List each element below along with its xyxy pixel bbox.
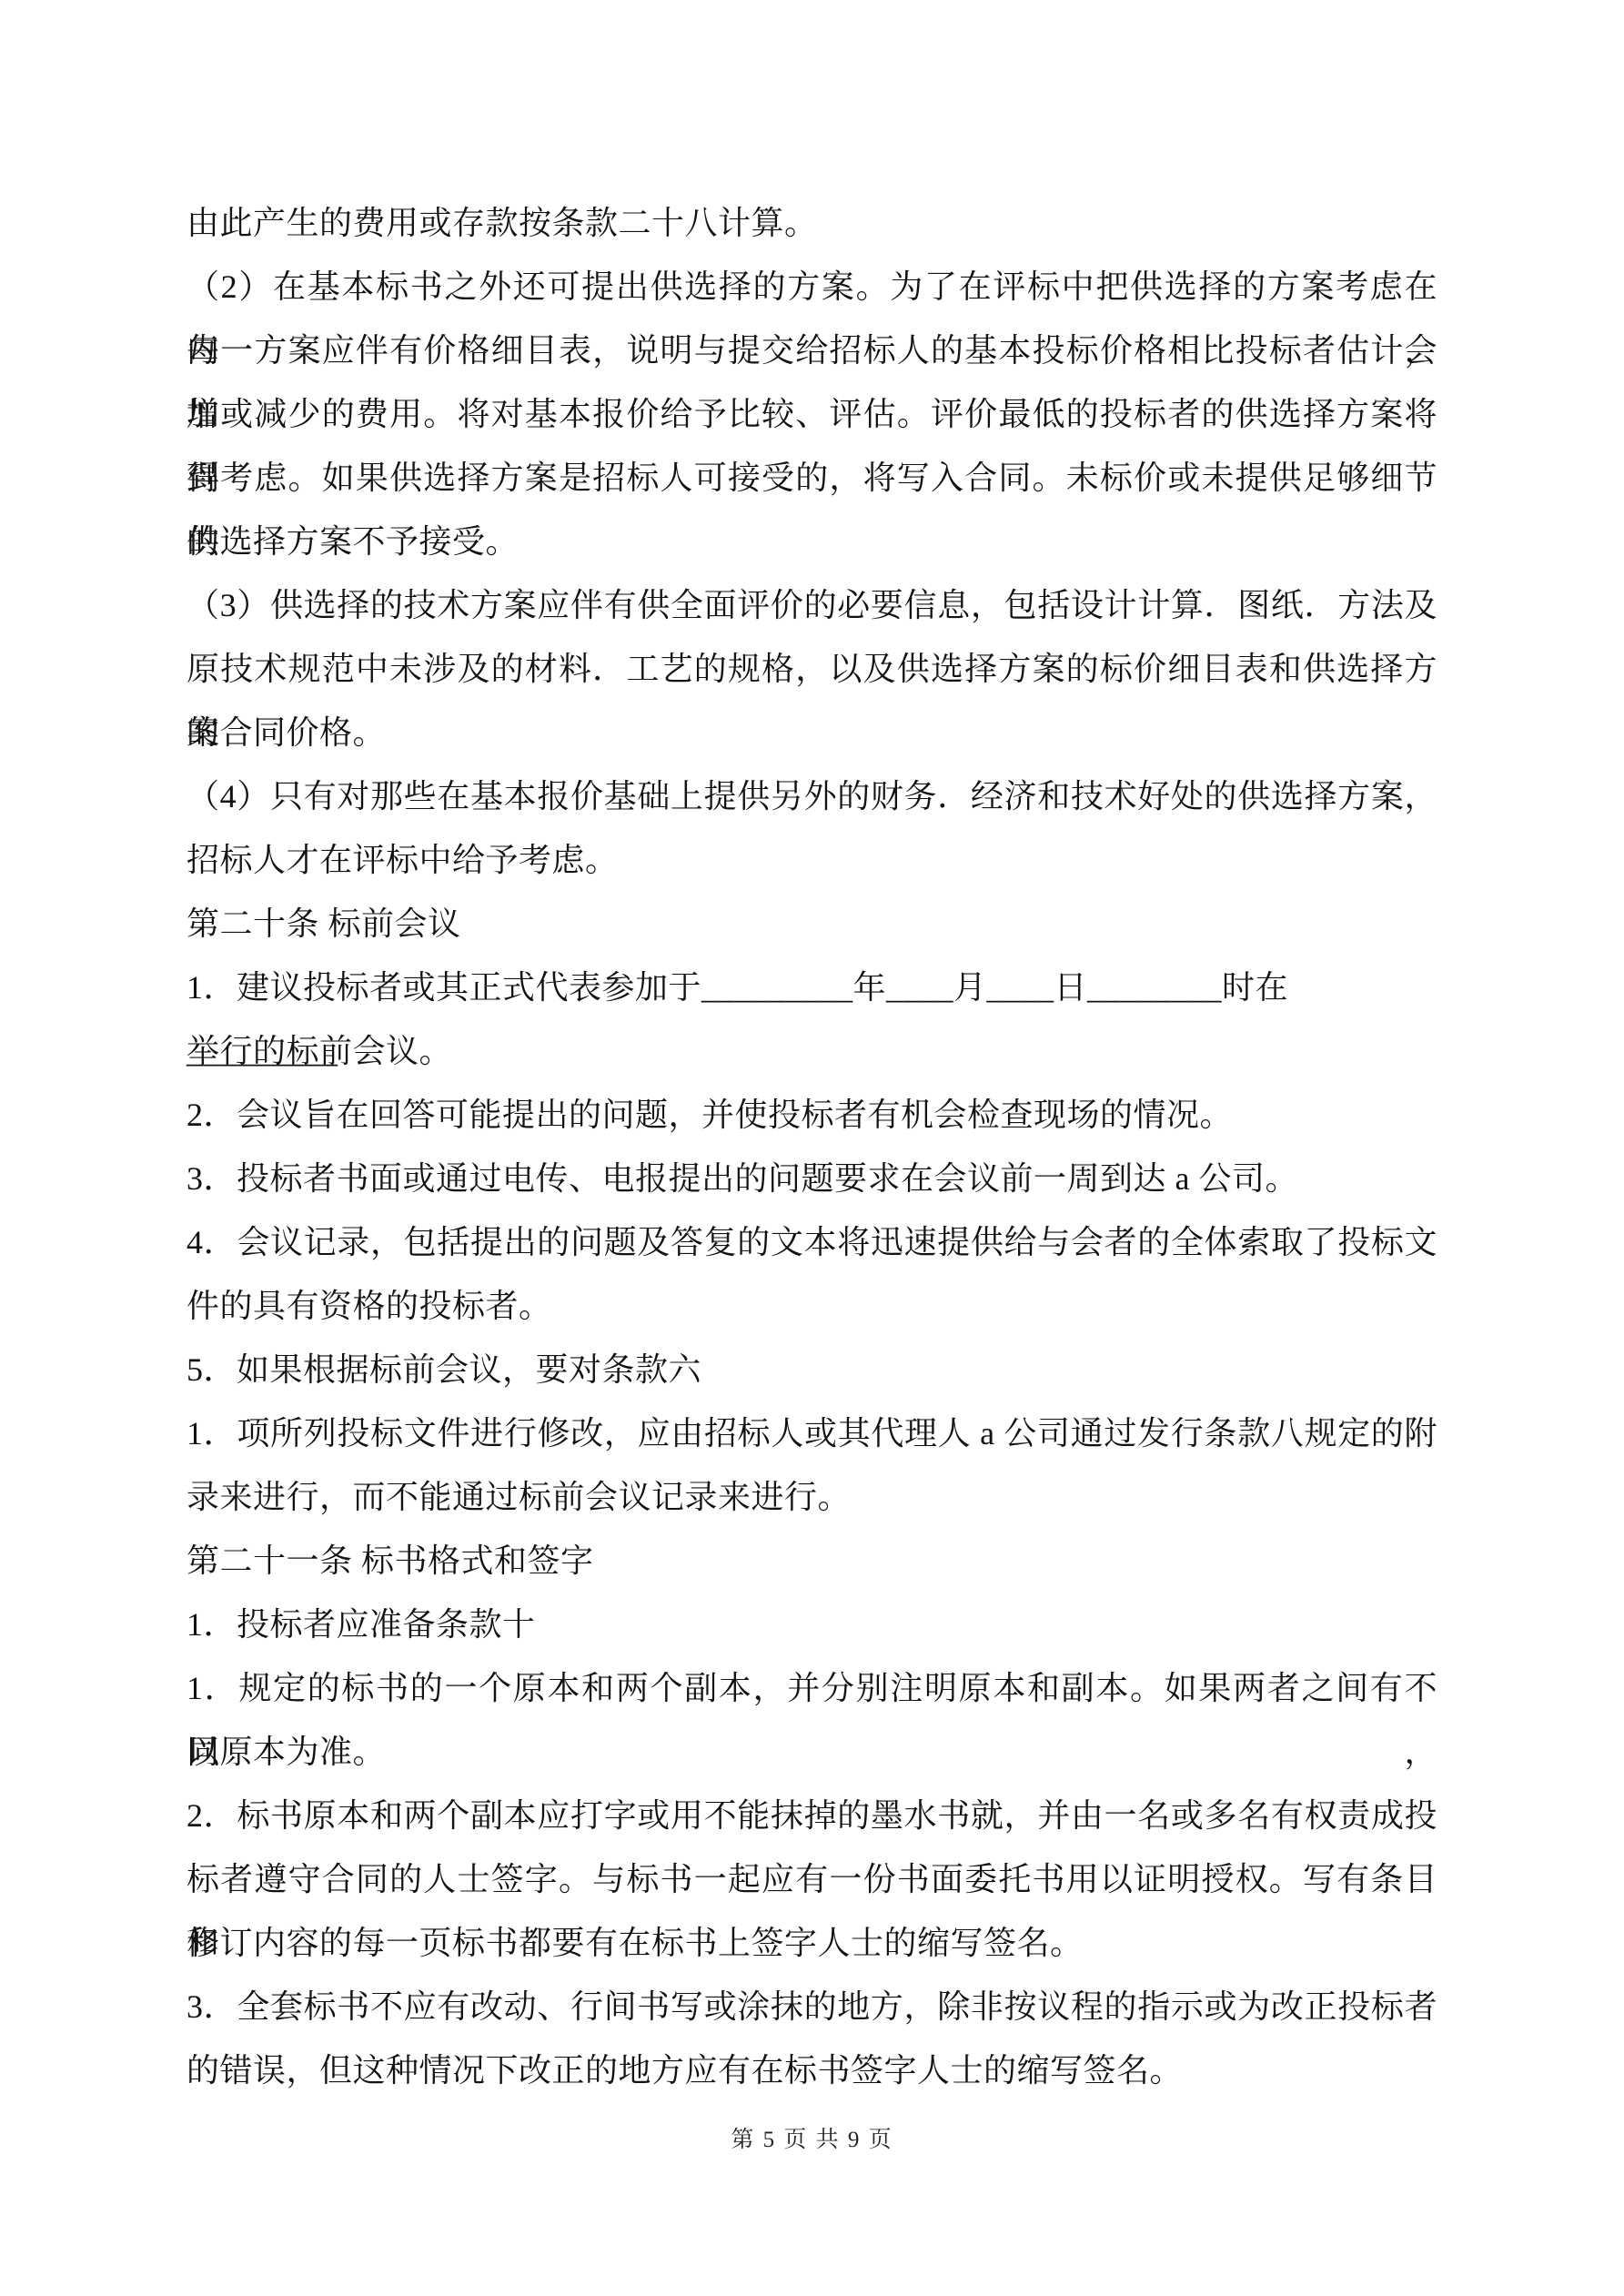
text-line: 件的具有资格的投标者。 (187, 1274, 1437, 1338)
text-line: 1．项所列投标文件进行修改，应由招标人或其代理人 a 公司通过发行条款八规定的附 (187, 1401, 1437, 1465)
text-line: 3．全套标书不应有改动、行间书写或涂抹的地方，除非按议程的指示或为改正投标者 (187, 1975, 1437, 2038)
section-heading: 第二十条 标前会议 (187, 892, 1437, 956)
text-line: 每一方案应伴有价格细目表，说明与提交给招标人的基本投标价格相比投标者估计会增 (187, 319, 1437, 382)
text-line: 2．标书原本和两个副本应打字或用不能抹掉的墨水书就，并由一名或多名有权责成投 (187, 1784, 1437, 1847)
text-line: （4）只有对那些在基本报价基础上提供另外的财务．经济和技术好处的供选择方案， (187, 764, 1437, 828)
text-line: 2．会议旨在回答可能提出的问题，并使投标者有机会检查现场的情况。 (187, 1083, 1437, 1147)
text-line-blank-fill: 1．建议投标者或其正式代表参加于_________年____月____日____… (187, 956, 1437, 1019)
section-heading: 第二十一条 标书格式和签字 (187, 1529, 1437, 1593)
text-line: 的合同价格。 (187, 701, 1437, 764)
text-line: 举行的标前会议。 (187, 1019, 1437, 1083)
text-line: 到考虑。如果供选择方案是招标人可接受的，将写入合同。未标价或未提供足够细节的 (187, 446, 1437, 510)
text-line: 供选择方案不予接受。 (187, 510, 1437, 573)
text-line: 标者遵守合同的人士签字。与标书一起应有一份书面委托书用以证明授权。写有条目和 (187, 1847, 1437, 1911)
text-line: 录来进行，而不能通过标前会议记录来进行。 (187, 1465, 1437, 1529)
document-page: 由此产生的费用或存款按条款二十八计算。 （2）在基本标书之外还可提出供选择的方案… (0, 0, 1624, 2296)
text-line: 加或减少的费用。将对基本报价给予比较、评估。评价最低的投标者的供选择方案将得 (187, 382, 1437, 446)
text-line: （3）供选择的技术方案应伴有供全面评价的必要信息，包括设计计算．图纸．方法及 (187, 573, 1437, 637)
text-line: 原技术规范中未涉及的材料．工艺的规格，以及供选择方案的标价细目表和供选择方案 (187, 637, 1437, 701)
text-line: 由此产生的费用或存款按条款二十八计算。 (187, 191, 1437, 255)
text-line: 1．规定的标书的一个原本和两个副本，并分别注明原本和副本。如果两者之间有不同， (187, 1656, 1437, 1720)
text-line: 的错误，但这种情况下改正的地方应有在标书签字人士的缩写签名。 (187, 2038, 1437, 2102)
text-line: 5．如果根据标前会议，要对条款六 (187, 1338, 1437, 1401)
text-line: 4．会议记录，包括提出的问题及答复的文本将迅速提供给与会者的全体索取了投标文 (187, 1210, 1437, 1274)
page-footer: 第 5 页 共 9 页 (0, 2122, 1624, 2159)
text-line: 修订内容的每一页标书都要有在标书上签字人士的缩写签名。 (187, 1911, 1437, 1975)
text-line: 3．投标者书面或通过电传、电报提出的问题要求在会议前一周到达 a 公司。 (187, 1147, 1437, 1210)
text-line: 招标人才在评标中给予考虑。 (187, 828, 1437, 892)
text-line: 1．投标者应准备条款十 (187, 1593, 1437, 1656)
document-body: 由此产生的费用或存款按条款二十八计算。 （2）在基本标书之外还可提出供选择的方案… (187, 191, 1437, 2102)
text-line: （2）在基本标书之外还可提出供选择的方案。为了在评标中把供选择的方案考虑在内， (187, 255, 1437, 319)
